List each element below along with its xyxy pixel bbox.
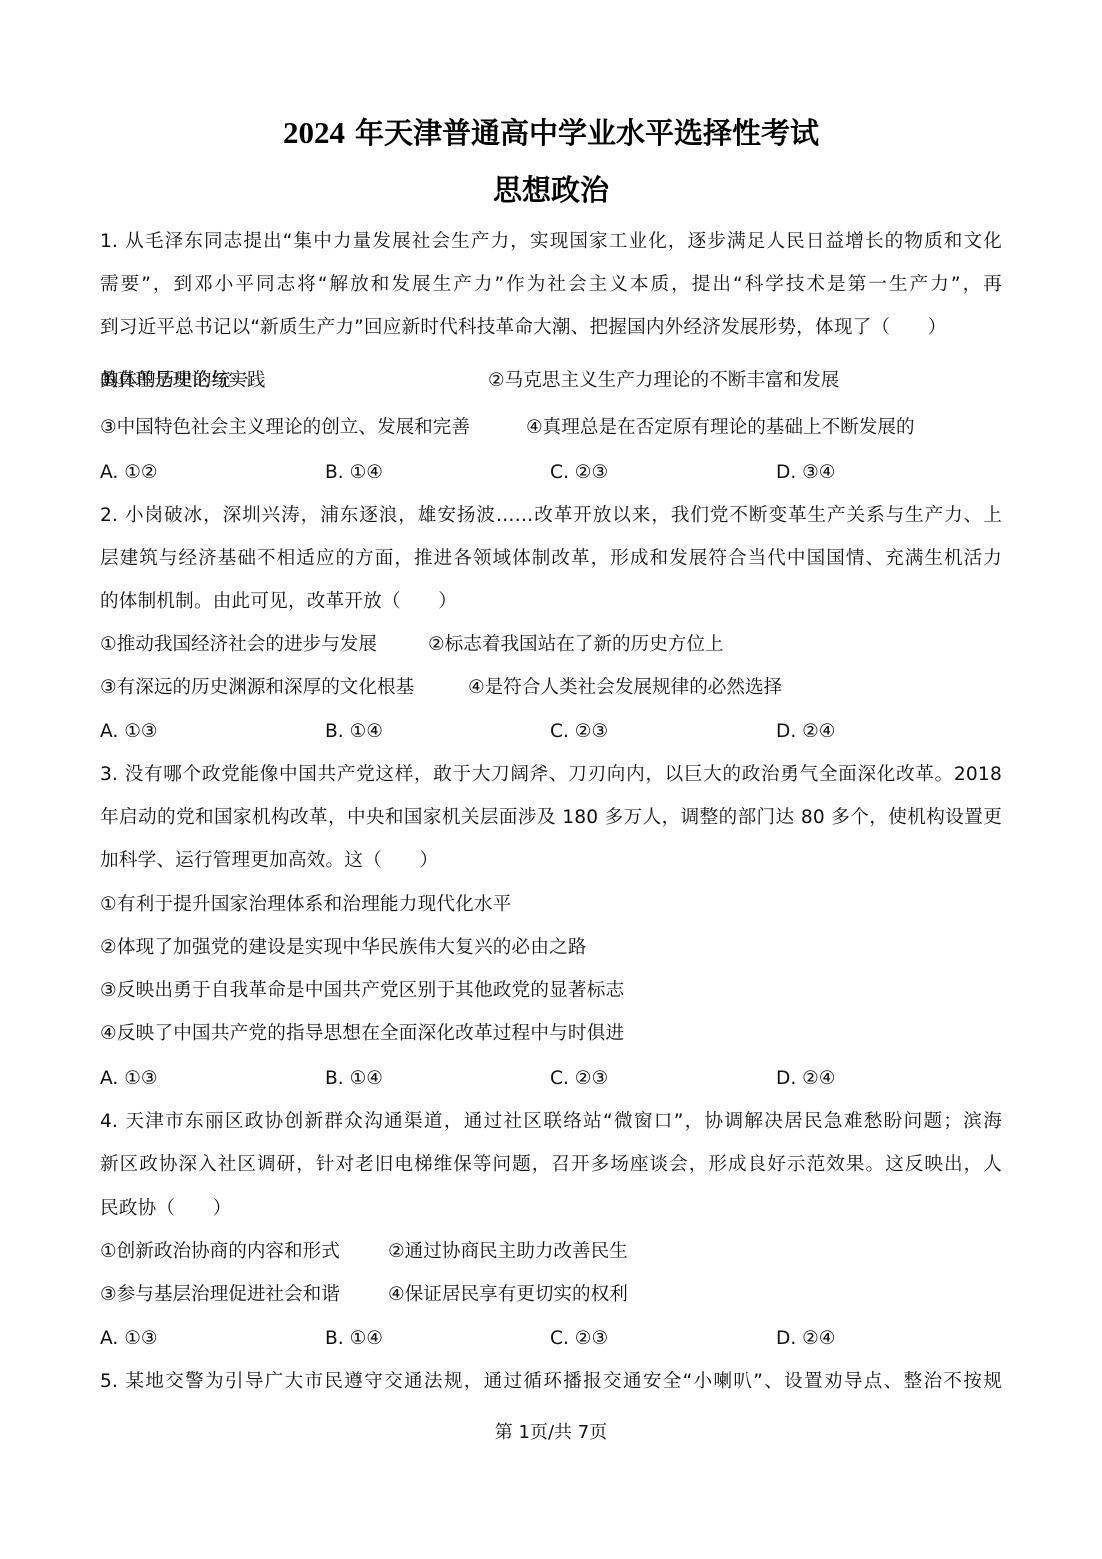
question-2-choice-a[interactable]: A. ①③ <box>100 719 158 745</box>
page-number: 第 1页/共 7页 <box>0 1421 1102 1445</box>
exam-title: 2024 年天津普通高中学业水平选择性考试 <box>0 115 1102 151</box>
exam-title-year: 2024 <box>283 115 345 150</box>
question-4-statements-row-2: ③参与基层治理促进社会和谐 ④保证居民享有更切实的权利 <box>100 1282 1002 1308</box>
question-1-choice-a[interactable]: A. ①② <box>100 460 158 486</box>
question-2-statement-4: ④是符合人类社会发展规律的必然选择 <box>468 675 782 701</box>
exam-page: 2024 年天津普通高中学业水平选择性考试 思想政治 1. 从毛泽东同志提出“集… <box>0 0 1102 1559</box>
question-4-stem-line-2: 新区政协深入社区调研，针对老旧电梯维保等问题，召开多场座谈会，形成良好示范效果。… <box>100 1152 1002 1178</box>
question-2-choice-b[interactable]: B. ①④ <box>325 719 383 745</box>
question-3-choice-b[interactable]: B. ①④ <box>325 1066 383 1092</box>
question-2-stem-line-1: 2. 小岗破冰，深圳兴涛，浦东逐浪，雄安扬波……改革开放以来，我们党不断变革生产… <box>100 503 1002 529</box>
question-1-choice-d[interactable]: D. ③④ <box>776 460 835 486</box>
question-4-stem-line-3: 民政协（ ） <box>100 1196 1002 1222</box>
question-4-statement-1: ①创新政治协商的内容和形式 <box>100 1239 340 1265</box>
question-3-choice-d[interactable]: D. ②④ <box>776 1066 835 1092</box>
question-4-choice-a[interactable]: A. ①③ <box>100 1326 158 1352</box>
question-1-statement-3: ③中国特色社会主义理论的创立、发展和完善 <box>100 415 470 441</box>
question-3-statement-1: ①有利于提升国家治理体系和治理能力现代化水平 <box>100 892 1002 918</box>
question-2-choice-c[interactable]: C. ②③ <box>550 719 608 745</box>
question-1-stem-line-1: 1. 从毛泽东同志提出“集中力量发展社会生产力，实现国家工业化，逐步满足人民日益… <box>100 229 1002 255</box>
question-3-stem-line-1: 3. 没有哪个政党能像中国共产党这样，敢于大刀阔斧、刀刃向内，以巨大的政治勇气全… <box>100 762 1002 788</box>
question-2-statement-3: ③有深远的历史渊源和深厚的文化根基 <box>100 675 414 701</box>
question-1-stem-line-2: 需要”，到邓小平同志将“解放和发展生产力”作为社会主义本质，提出“科学技术是第一… <box>100 272 1002 298</box>
question-1-statements-row-1: ①真理是理论与实践的具体的历史的统一 ②马克思主义生产力理论的不断丰富和发展 <box>100 368 1002 394</box>
question-1-choice-b[interactable]: B. ①④ <box>325 460 383 486</box>
question-2-choice-d[interactable]: D. ②④ <box>776 719 835 745</box>
question-2-statement-2: ②标志着我国站在了新的历史方位上 <box>428 632 724 658</box>
question-4-statement-2: ②通过协商民主助力改善民生 <box>388 1239 628 1265</box>
question-2-statements-row-2: ③有深远的历史渊源和深厚的文化根基 ④是符合人类社会发展规律的必然选择 <box>100 675 1002 701</box>
question-1-statements-row-2: ③中国特色社会主义理论的创立、发展和完善 ④真理总是在否定原有理论的基础上不断发… <box>100 415 1002 441</box>
question-2-stem-line-3: 的体制机制。由此可见，改革开放（ ） <box>100 589 1002 615</box>
question-2-statement-1: ①推动我国经济社会的进步与发展 <box>100 632 377 658</box>
exam-title-text: 年天津普通高中学业水平选择性考试 <box>355 116 819 150</box>
question-3-statement-4: ④反映了中国共产党的指导思想在全面深化改革过程中与时俱进 <box>100 1021 1002 1047</box>
question-3-stem-line-3: 加科学、运行管理更加高效。这（ ） <box>100 848 1002 874</box>
question-1-choices: A. ①② B. ①④ C. ②③ D. ③④ <box>0 460 1102 486</box>
statement-text: 具体的历史的统一 <box>100 368 249 394</box>
question-2-choices: A. ①③ B. ①④ C. ②③ D. ②④ <box>0 719 1102 745</box>
question-2-statements-row-1: ①推动我国经济社会的进步与发展 ②标志着我国站在了新的历史方位上 <box>100 632 1002 658</box>
question-4-statement-3: ③参与基层治理促进社会和谐 <box>100 1282 340 1308</box>
question-3-choice-a[interactable]: A. ①③ <box>100 1066 158 1092</box>
question-5-stem-line-1: 5. 某地交警为引导广大市民遵守交通法规，通过循环播报交通安全“小喇叭”、设置劝… <box>100 1369 1002 1395</box>
question-1-statement-4: ④真理总是在否定原有理论的基础上不断发展的 <box>526 415 915 441</box>
subject-title: 思想政治 <box>0 172 1102 208</box>
question-1-choice-c[interactable]: C. ②③ <box>550 460 608 486</box>
question-3-statement-2: ②体现了加强党的建设是实现中华民族伟大复兴的必由之路 <box>100 935 1002 961</box>
question-4-choice-d[interactable]: D. ②④ <box>776 1326 835 1352</box>
question-4-choice-c[interactable]: C. ②③ <box>550 1326 608 1352</box>
question-3-choices: A. ①③ B. ①④ C. ②③ D. ②④ <box>0 1066 1102 1092</box>
question-3-stem-line-2: 年启动的党和国家机构改革，中央和国家机关层面涉及 180 多万人，调整的部门达 … <box>100 805 1002 831</box>
question-4-stem-line-1: 4. 天津市东丽区政协创新群众沟通渠道，通过社区联络站“微窗口”，协调解决居民急… <box>100 1109 1002 1135</box>
question-4-choices: A. ①③ B. ①④ C. ②③ D. ②④ <box>0 1326 1102 1352</box>
question-2-stem-line-2: 层建筑与经济基础不相适应的方面，推进各领域体制改革，形成和发展符合当代中国国情、… <box>100 546 1002 572</box>
question-1-stem-line-3: 到习近平总书记以“新质生产力”回应新时代科技革命大潮、把握国内外经济发展形势，体… <box>100 315 1002 341</box>
question-4-choice-b[interactable]: B. ①④ <box>325 1326 383 1352</box>
question-4-statements-row-1: ①创新政治协商的内容和形式 ②通过协商民主助力改善民生 <box>100 1239 1002 1265</box>
question-3-statement-3: ③反映出勇于自我革命是中国共产党区别于其他政党的显著标志 <box>100 978 1002 1004</box>
question-3-choice-c[interactable]: C. ②③ <box>550 1066 608 1092</box>
question-4-statement-4: ④保证居民享有更切实的权利 <box>388 1282 628 1308</box>
question-1-statement-2: ②马克思主义生产力理论的不断丰富和发展 <box>488 368 839 394</box>
